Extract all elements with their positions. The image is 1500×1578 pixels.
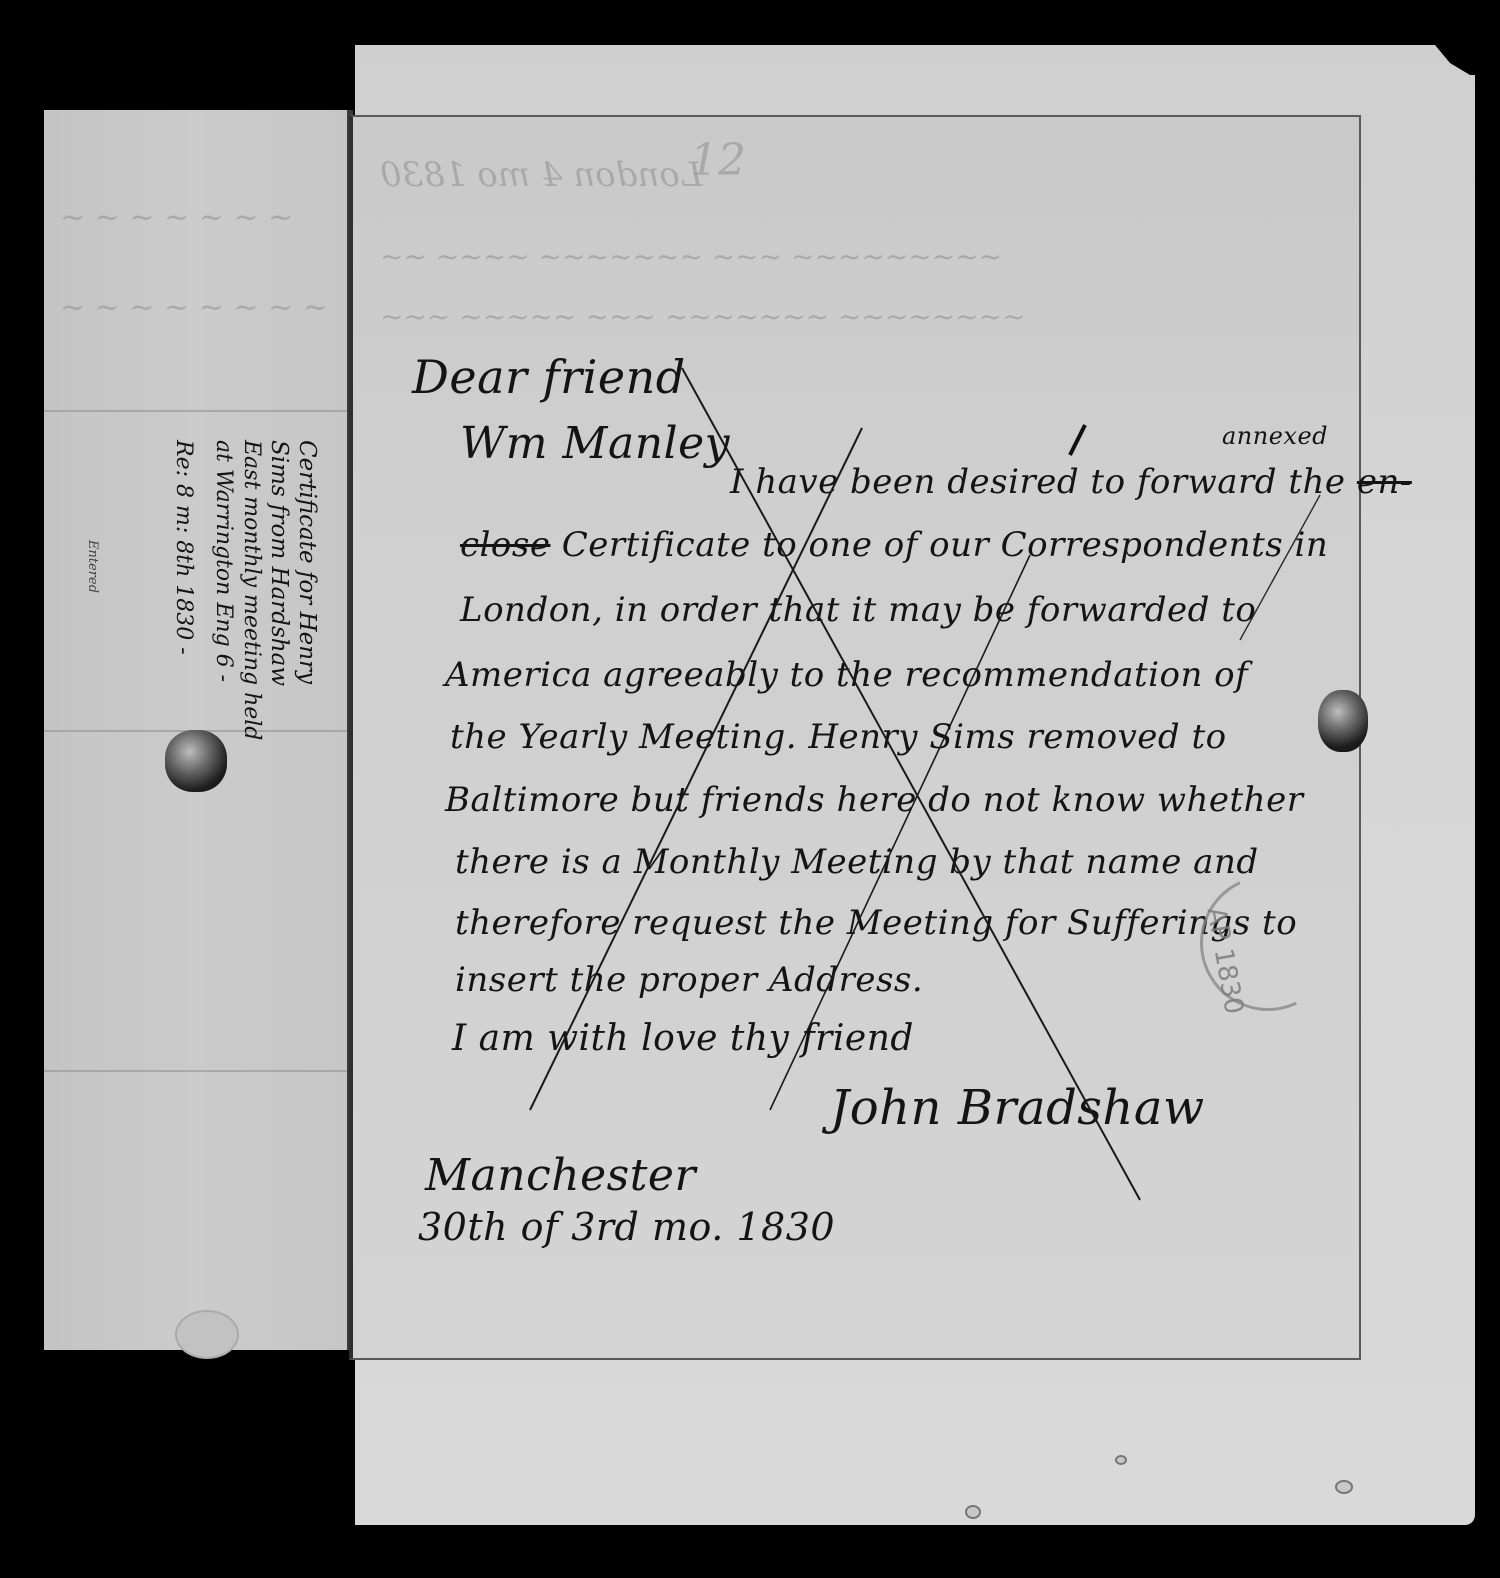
struck-word: en- — [1357, 462, 1412, 502]
date: 30th of 3rd mo. 1830 — [418, 1205, 835, 1249]
paper-hole — [1115, 1455, 1127, 1465]
place: Manchester — [425, 1150, 696, 1201]
letter-line-9: insert the proper Address. — [455, 960, 923, 1000]
letter-line-4: America agreeably to the recommendation … — [445, 655, 1248, 695]
bleed-through-text: ~~~ ~~~~~ ~~~ ~~~~~~~ ~~~~~~~~ — [380, 300, 1026, 333]
letter-line-5: the Yearly Meeting. Henry Sims removed t… — [450, 717, 1227, 757]
wax-seal — [165, 730, 227, 792]
struck-word: close — [460, 525, 550, 565]
wax-seal — [1318, 690, 1368, 752]
letter-line-1: I have been desired to forward the en- — [730, 462, 1412, 502]
fold-line — [44, 1070, 347, 1072]
docket-line: East monthly meeting held — [239, 440, 264, 740]
closing: I am with love thy friend — [452, 1018, 914, 1059]
letter-line-6: Baltimore but friends here do not know w… — [445, 780, 1303, 820]
letter-line-3: London, in order that it may be forwarde… — [460, 590, 1256, 630]
insertion-above-line: annexed — [1222, 422, 1328, 450]
paper-hole — [1335, 1480, 1353, 1494]
bleed-through-text: ~ ~ ~ ~ ~ ~ ~ — [60, 200, 293, 235]
signature: John Bradshaw — [830, 1080, 1205, 1136]
docket-line: Certificate for Henry — [294, 440, 320, 684]
paper-hole — [965, 1505, 981, 1519]
seal-impression — [175, 1310, 239, 1359]
letter-line-8: therefore request the Meeting for Suffer… — [455, 903, 1297, 943]
docket-line: Re: 8 m: 8th 1830 - — [171, 440, 196, 655]
salutation: Dear friend — [412, 350, 686, 404]
ghost-header: London 4 mo 1830 — [380, 155, 702, 195]
letter-line-text: Certificate to one of our Correspondents… — [550, 525, 1328, 565]
docket-line: at Warrington Eng 6 - — [211, 440, 236, 682]
letter-line-text: I have been desired to forward the — [730, 462, 1357, 502]
letter-line-7: there is a Monthly Meeting by that name … — [455, 842, 1259, 882]
docket-note: Entered — [85, 540, 100, 593]
addressee: Wm Manley — [460, 418, 730, 469]
fold-line — [44, 410, 347, 412]
docket-line: Sims from Hardshaw — [266, 440, 292, 686]
bleed-through-text: ~~ ~~~~ ~~~~~~~ ~~~ ~~~~~~~~~ — [380, 240, 1002, 273]
letter-line-2: close Certificate to one of our Correspo… — [460, 525, 1328, 565]
bleed-through-text: ~ ~ ~ ~ ~ ~ ~ ~ — [60, 290, 328, 325]
